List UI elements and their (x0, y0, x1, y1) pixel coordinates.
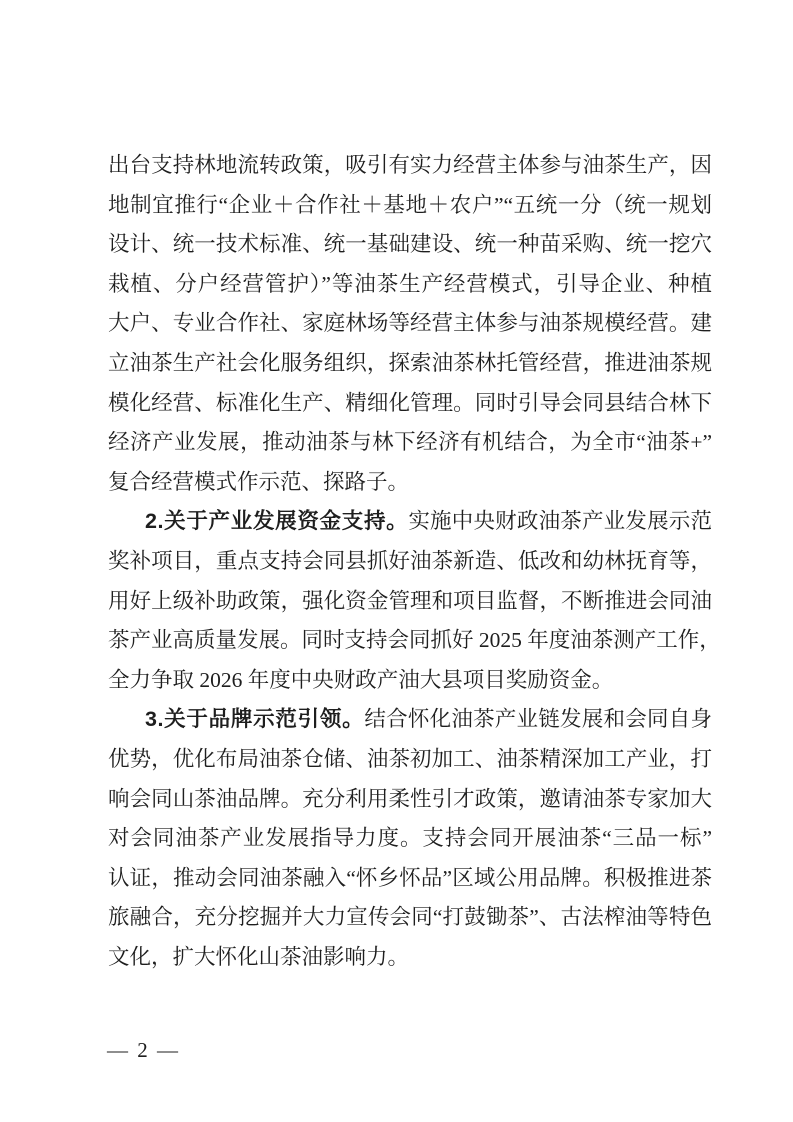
text-line: 出台支持林地流转政策，吸引有实力经营主体参与油茶生产，因 (108, 146, 712, 186)
text-line: 对会同油茶产业发展指导力度。支持会同开展油茶“三品一标” (108, 819, 712, 859)
text-run: 复合经营模式作示范、探路子。 (108, 470, 409, 494)
text-run: 结合怀化油茶产业链发展和会同自身 (364, 707, 712, 731)
text-line: 大户、专业合作社、家庭林场等经营主体参与油茶规模经营。建 (108, 304, 712, 344)
text-run: 对会同油茶产业发展指导力度。支持会同开展油茶“三品一标” (108, 826, 712, 850)
text-line: 奖补项目，重点支持会同县抓好油茶新造、低改和幼林抚育等， (108, 542, 712, 582)
page-number: — 2 — (107, 1038, 180, 1062)
document-body: 出台支持林地流转政策，吸引有实力经营主体参与油茶生产，因地制宜推行“企业＋合作社… (108, 146, 712, 977)
text-line: 3.关于品牌示范引领。结合怀化油茶产业链发展和会同自身 (108, 700, 712, 740)
text-run: 全力争取 2026 年度中央财政产油大县项目奖励资金。 (108, 668, 613, 692)
text-line: 文化，扩大怀化山茶油影响力。 (108, 938, 712, 978)
text-run: 茶产业高质量发展。同时支持会同抓好 2025 年度油茶测产工作， (108, 628, 712, 652)
text-line: 经济产业发展，推动油茶与林下经济有机结合，为全市“油茶+” (108, 423, 712, 463)
text-run: 经济产业发展，推动油茶与林下经济有机结合，为全市“油茶+” (108, 430, 712, 454)
text-run: 大户、专业合作社、家庭林场等经营主体参与油茶规模经营。建 (108, 311, 712, 335)
text-line: 复合经营模式作示范、探路子。 (108, 463, 712, 503)
text-run: 立油茶生产社会化服务组织，探索油茶林托管经营，推进油茶规 (108, 351, 712, 375)
text-line: 模化经营、标准化生产、精细化管理。同时引导会同县结合林下 (108, 384, 712, 424)
text-run: 设计、统一技术标准、统一基础建设、统一种苗采购、统一挖穴 (108, 232, 712, 256)
text-line: 全力争取 2026 年度中央财政产油大县项目奖励资金。 (108, 661, 712, 701)
text-run: 优势，优化布局油茶仓储、油茶初加工、油茶精深加工产业，打 (108, 747, 712, 771)
text-line: 旅融合，充分挖掘并大力宣传会同“打鼓锄茶”、古法榨油等特色 (108, 898, 712, 938)
text-line: 2.关于产业发展资金支持。实施中央财政油茶产业发展示范 (108, 502, 712, 542)
text-line: 用好上级补助政策，强化资金管理和项目监督，不断推进会同油 (108, 582, 712, 622)
text-run: 实施中央财政油茶产业发展示范 (408, 509, 712, 533)
text-run: 响会同山茶油品牌。充分利用柔性引才政策，邀请油茶专家加大 (108, 787, 712, 811)
text-line: 栽植、分户经营管护）”等油茶生产经营模式，引导企业、种植 (108, 265, 712, 305)
text-line: 优势，优化布局油茶仓储、油茶初加工、油茶精深加工产业，打 (108, 740, 712, 780)
paragraph-heading: 3.关于品牌示范引领。 (145, 707, 364, 731)
document-page: 出台支持林地流转政策，吸引有实力经营主体参与油茶生产，因地制宜推行“企业＋合作社… (0, 0, 793, 1122)
text-run: 模化经营、标准化生产、精细化管理。同时引导会同县结合林下 (108, 391, 712, 415)
text-run: 出台支持林地流转政策，吸引有实力经营主体参与油茶生产，因 (108, 153, 712, 177)
page-footer: — 2 — (107, 1036, 180, 1064)
text-run: 旅融合，充分挖掘并大力宣传会同“打鼓锄茶”、古法榨油等特色 (108, 905, 712, 929)
paragraph-heading: 2.关于产业发展资金支持。 (145, 509, 408, 533)
text-run: 地制宜推行“企业＋合作社＋基地＋农户”“五统一分（统一规划 (108, 193, 712, 217)
text-line: 认证，推动会同油茶融入“怀乡怀品”区域公用品牌。积极推进茶 (108, 859, 712, 899)
text-line: 地制宜推行“企业＋合作社＋基地＋农户”“五统一分（统一规划 (108, 186, 712, 226)
text-line: 茶产业高质量发展。同时支持会同抓好 2025 年度油茶测产工作， (108, 621, 712, 661)
text-line: 立油茶生产社会化服务组织，探索油茶林托管经营，推进油茶规 (108, 344, 712, 384)
text-line: 响会同山茶油品牌。充分利用柔性引才政策，邀请油茶专家加大 (108, 780, 712, 820)
text-run: 认证，推动会同油茶融入“怀乡怀品”区域公用品牌。积极推进茶 (108, 866, 712, 890)
text-run: 栽植、分户经营管护）”等油茶生产经营模式，引导企业、种植 (108, 272, 712, 296)
text-run: 用好上级补助政策，强化资金管理和项目监督，不断推进会同油 (108, 589, 712, 613)
text-run: 奖补项目，重点支持会同县抓好油茶新造、低改和幼林抚育等， (108, 549, 712, 573)
text-run: 文化，扩大怀化山茶油影响力。 (108, 945, 409, 969)
text-line: 设计、统一技术标准、统一基础建设、统一种苗采购、统一挖穴 (108, 225, 712, 265)
